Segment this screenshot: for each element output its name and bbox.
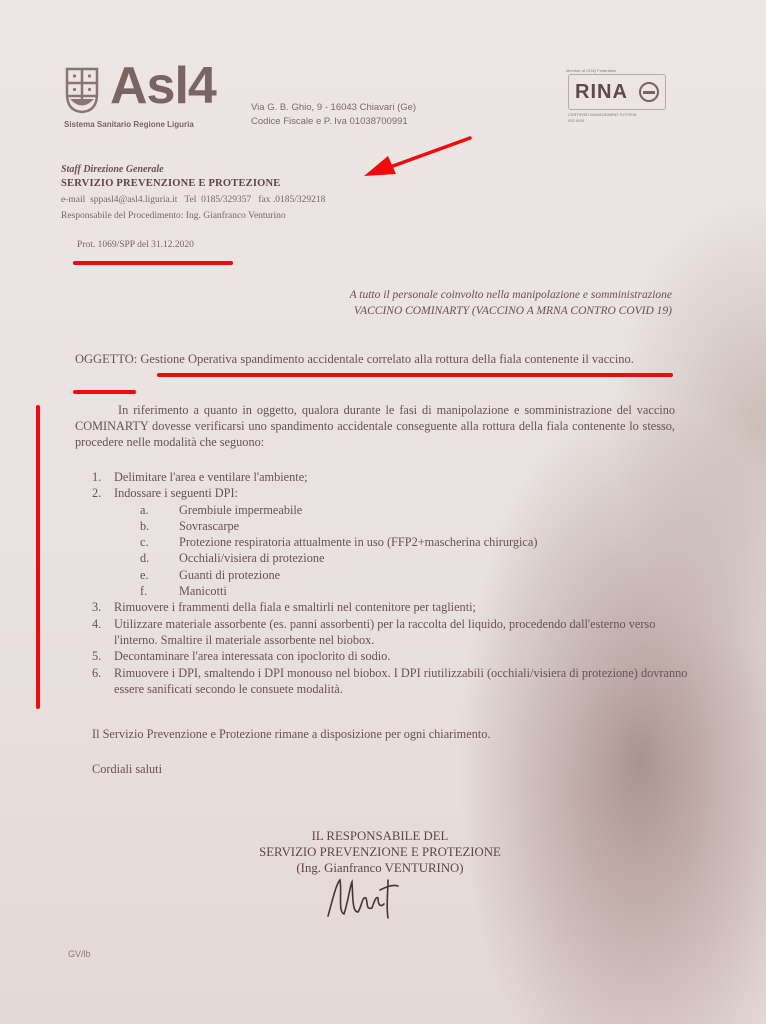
cert-circle-icon <box>639 82 659 102</box>
handwritten-signature-icon <box>322 872 412 922</box>
cert-bottom-text: CERTIFIED MANAGEMENT SYSTEM ISO 9001 <box>568 112 636 124</box>
dpi-item: f.Manicotti <box>92 583 692 599</box>
rina-certification-icon: RINA <box>568 74 666 110</box>
step-item: 6.Rimuovere i DPI, smaltendo i DPI monou… <box>92 665 692 698</box>
subject-text: Gestione Operativa spandimento accidenta… <box>140 352 634 366</box>
liguria-shield-icon <box>64 66 100 114</box>
protocol-underline <box>73 261 233 265</box>
dpi-item: a.Grembiule impermeabile <box>92 502 692 518</box>
tax-id-line: Codice Fiscale e P. Iva 01038700991 <box>251 115 416 129</box>
protocol-number: Prot. 1069/SPP del 31.12.2020 <box>77 240 194 250</box>
procedure-responsible: Responsabile del Procedimento: Ing. Gian… <box>61 211 286 221</box>
subject-underline <box>157 373 673 377</box>
step-item: 1.Delimitare l'area e ventilare l'ambien… <box>92 469 692 485</box>
brand-name: Asl4 <box>110 60 216 112</box>
brand-subtitle: Sistema Sanitario Regione Liguria <box>64 120 194 129</box>
address-line: Via G. B. Ghio, 9 - 16043 Chiavari (Ge) <box>251 101 416 115</box>
subject-label: OGGETTO: <box>75 352 137 366</box>
closing-sentence: Il Servizio Prevenzione e Protezione rim… <box>92 727 491 742</box>
salutation: Cordiali saluti <box>92 762 162 777</box>
red-arrow-annotation-icon <box>360 132 475 180</box>
dpi-item: e.Guanti di protezione <box>92 567 692 583</box>
recipient-block: A tutto il personale coinvolto nella man… <box>350 287 672 319</box>
step-item: 3.Rimuovere i frammenti della fiala e sm… <box>92 599 692 615</box>
signature-service: SERVIZIO PREVENZIONE E PROTEZIONE <box>210 844 550 860</box>
dpi-item: c.Protezione respiratoria attualmente in… <box>92 534 692 550</box>
body-vertical-bar <box>36 405 40 709</box>
intro-paragraph: In riferimento a quanto in oggetto, qual… <box>75 402 675 450</box>
rina-certification-logo: Member of CISQ Federation RINA CERTIFIED… <box>566 68 666 128</box>
sender-contact: e-mail sppasl4@asl4.liguria.it Tel 0185/… <box>61 195 325 205</box>
cert-top-text: Member of CISQ Federation <box>566 68 616 73</box>
recipient-vaccine-line: VACCINO COMINARTY (VACCINO A MRNA CONTRO… <box>350 303 672 319</box>
signature-title: IL RESPONSABILE DEL <box>210 828 550 844</box>
step-item: 5.Decontaminare l'area interessata con i… <box>92 648 692 664</box>
address-block: Via G. B. Ghio, 9 - 16043 Chiavari (Ge) … <box>251 101 416 129</box>
step-item: 2.Indossare i seguenti DPI: <box>92 485 692 501</box>
recipient-line: A tutto il personale coinvolto nella man… <box>350 287 672 303</box>
dpi-item: b.Sovrascarpe <box>92 518 692 534</box>
dpi-item: d.Occhiali/visiera di protezione <box>92 550 692 566</box>
subject-underline-short <box>73 390 136 394</box>
step-item: 4.Utilizzare materiale assorbente (es. p… <box>92 616 692 649</box>
signature-block: IL RESPONSABILE DEL SERVIZIO PREVENZIONE… <box>210 828 550 876</box>
cert-text: RINA <box>575 81 628 104</box>
author-initials: GV/lb <box>68 949 91 959</box>
sender-service: SERVIZIO PREVENZIONE E PROTEZIONE <box>61 178 281 189</box>
subject-line: OGGETTO: Gestione Operativa spandimento … <box>75 351 675 367</box>
procedure-steps: 1.Delimitare l'area e ventilare l'ambien… <box>92 469 692 697</box>
sender-staff: Staff Direzione Generale <box>61 164 164 175</box>
